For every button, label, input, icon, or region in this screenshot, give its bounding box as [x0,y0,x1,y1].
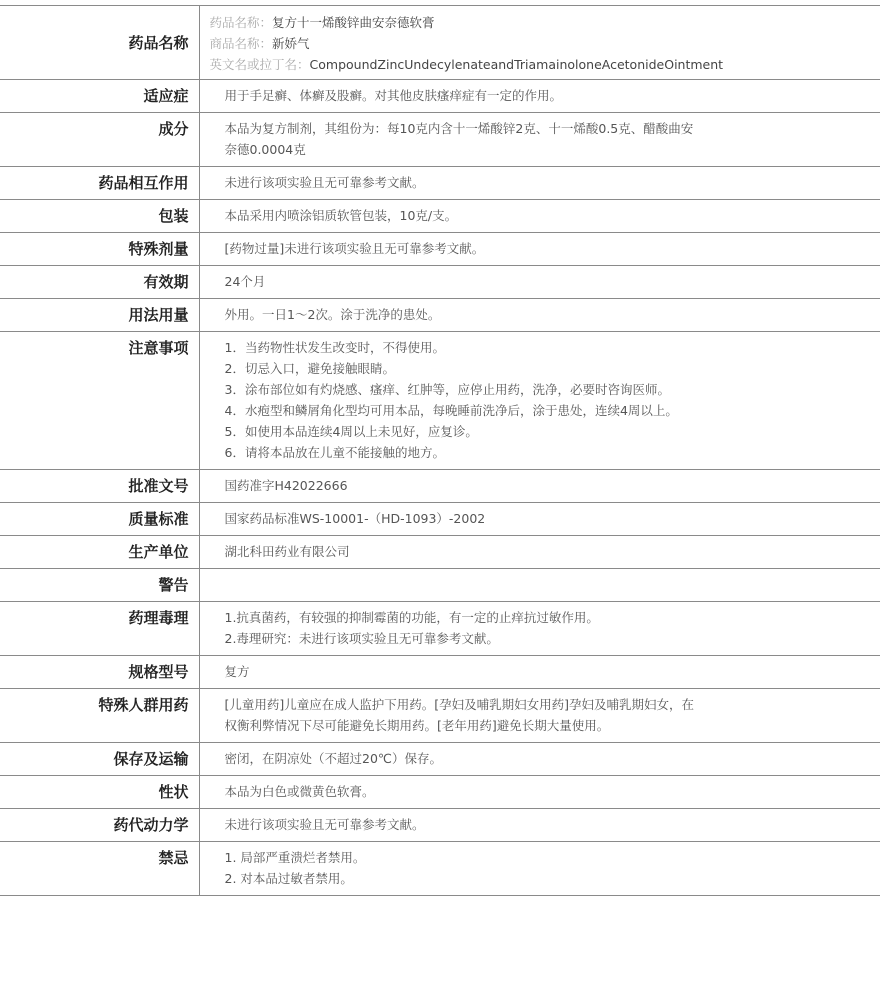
value-line: 密闭，在阴凉处（不超过20℃）保存。 [225,748,880,769]
value-line: 未进行该项实验且无可靠参考文献。 [225,814,880,835]
label-text: 保存及运输 [113,750,188,768]
label-text: 特殊剂量 [128,240,188,258]
value-line: 复方 [225,661,880,682]
row-value: 用于手足癣、体癣及股癣。对其他皮肤瘙痒症有一定的作用。 [199,80,880,113]
value-line: 1.抗真菌药，有较强的抑制霉菌的功能，有一定的止痒抗过敏作用。 [225,607,880,628]
label-text: 用法用量 [128,306,188,324]
row-pharmacology-toxicology: 药理毒理1.抗真菌药，有较强的抑制霉菌的功能，有一定的止痒抗过敏作用。2.毒理研… [0,602,880,656]
trade-name-value: 新娇气 [272,36,310,51]
value-line: 6．请将本品放在儿童不能接触的地方。 [225,442,880,463]
row-value: 1.抗真菌药，有较强的抑制霉菌的功能，有一定的止痒抗过敏作用。2.毒理研究：未进… [199,602,880,656]
row-label: 批准文号 [0,470,199,503]
row-value: 国药准字H42022666 [199,470,880,503]
value-line: 本品为白色或微黄色软膏。 [225,781,880,802]
label-text: 注意事项 [128,339,188,357]
row-label: 药品名称 [0,6,199,80]
value-line: 4．水疱型和鳞屑角化型均可用本品，每晚睡前洗净后，涂于患处，连续4周以上。 [225,400,880,421]
row-shelf-life: 有效期24个月 [0,266,880,299]
value-line: [儿童用药]儿童应在成人监护下用药。[孕妇及哺乳期妇女用药]孕妇及哺乳期妇女，在 [225,694,880,715]
row-label: 规格型号 [0,656,199,689]
value-line: 国家药品标准WS-10001-（HD-1093）-2002 [225,508,880,529]
row-label: 保存及运输 [0,743,199,776]
row-manufacturer: 生产单位湖北科田药业有限公司 [0,536,880,569]
label-text: 质量标准 [128,510,188,528]
value-line: 未进行该项实验且无可靠参考文献。 [225,172,880,193]
label-text: 警告 [158,576,188,594]
row-value: 1．当药物性状发生改变时，不得使用。2．切忌入口，避免接触眼睛。3．涂布部位如有… [199,332,880,470]
label-text: 有效期 [143,273,188,291]
value-line: 2. 对本品过敏者禁用。 [225,868,880,889]
row-packaging: 包装本品采用内喷涂铝质软管包装，10克/支。 [0,200,880,233]
row-value: 本品为白色或微黄色软膏。 [199,776,880,809]
label-text: 药代动力学 [113,816,188,834]
trade-name-line: 商品名称：新娇气 [210,33,880,54]
row-value: 湖北科田药业有限公司 [199,536,880,569]
row-label: 有效期 [0,266,199,299]
value-line: 1．当药物性状发生改变时，不得使用。 [225,337,880,358]
value-line: 24个月 [225,271,880,292]
row-label: 药品相互作用 [0,167,199,200]
value-line: 2．切忌入口，避免接触眼睛。 [225,358,880,379]
value-line: 湖北科田药业有限公司 [225,541,880,562]
row-value: 未进行该项实验且无可靠参考文献。 [199,809,880,842]
spec-rows: 适应症用于手足癣、体癣及股癣。对其他皮肤瘙痒症有一定的作用。成分本品为复方制剂，… [0,80,880,896]
label-text: 生产单位 [128,543,188,561]
row-value: 密闭，在阴凉处（不超过20℃）保存。 [199,743,880,776]
row-value: [儿童用药]儿童应在成人监护下用药。[孕妇及哺乳期妇女用药]孕妇及哺乳期妇女，在… [199,689,880,743]
row-value: 复方 [199,656,880,689]
row-appearance: 性状本品为白色或微黄色软膏。 [0,776,880,809]
row-label: 生产单位 [0,536,199,569]
label-text: 药品相互作用 [98,174,188,192]
value-line: 国药准字H42022666 [225,475,880,496]
english-name-value: CompoundZincUndecylenateandTriamainolone… [310,57,724,72]
row-specification: 规格型号复方 [0,656,880,689]
label-text: 成分 [158,120,188,138]
value-line: 3．涂布部位如有灼烧感、瘙痒、红肿等，应停止用药，洗净，必要时咨询医师。 [225,379,880,400]
row-indications: 适应症用于手足癣、体癣及股癣。对其他皮肤瘙痒症有一定的作用。 [0,80,880,113]
generic-name-value: 复方十一烯酸锌曲安奈德软膏 [272,15,435,30]
label-text: 适应症 [143,87,188,105]
row-value: 本品为复方制剂，其组份为：每10克内含十一烯酸锌2克、十一烯酸0.5克、醋酸曲安… [199,113,880,167]
row-ingredients: 成分本品为复方制剂，其组份为：每10克内含十一烯酸锌2克、十一烯酸0.5克、醋酸… [0,113,880,167]
row-label: 适应症 [0,80,199,113]
row-value: 外用。一日1～2次。涂于洗净的患处。 [199,299,880,332]
label-text: 药品名称 [128,34,188,52]
row-label: 药代动力学 [0,809,199,842]
generic-name-key: 药品名称： [210,15,273,30]
row-value: 24个月 [199,266,880,299]
row-label: 成分 [0,113,199,167]
label-text: 禁忌 [158,849,188,867]
row-pharmacokinetics: 药代动力学未进行该项实验且无可靠参考文献。 [0,809,880,842]
value-line: 奈德0.0004克 [225,139,880,160]
row-value: [药物过量]未进行该项实验且无可靠参考文献。 [199,233,880,266]
row-label: 特殊剂量 [0,233,199,266]
value-line: 本品为复方制剂，其组份为：每10克内含十一烯酸锌2克、十一烯酸0.5克、醋酸曲安 [225,118,880,139]
value-line: 本品采用内喷涂铝质软管包装，10克/支。 [225,205,880,226]
row-approval-number: 批准文号国药准字H42022666 [0,470,880,503]
row-label: 质量标准 [0,503,199,536]
english-name-line: 英文名或拉丁名：CompoundZincUndecylenateandTriam… [210,54,880,75]
row-label: 药理毒理 [0,602,199,656]
row-contraindications: 禁忌1. 局部严重溃烂者禁用。2. 对本品过敏者禁用。 [0,842,880,896]
row-value [199,569,880,602]
row-special-dosage: 特殊剂量[药物过量]未进行该项实验且无可靠参考文献。 [0,233,880,266]
label-text: 药理毒理 [128,609,188,627]
row-label: 注意事项 [0,332,199,470]
row-label: 禁忌 [0,842,199,896]
value-line: [药物过量]未进行该项实验且无可靠参考文献。 [225,238,880,259]
label-text: 性状 [158,783,188,801]
row-special-populations: 特殊人群用药[儿童用药]儿童应在成人监护下用药。[孕妇及哺乳期妇女用药]孕妇及哺… [0,689,880,743]
row-precautions: 注意事项1．当药物性状发生改变时，不得使用。2．切忌入口，避免接触眼睛。3．涂布… [0,332,880,470]
row-drug-name: 药品名称 药品名称：复方十一烯酸锌曲安奈德软膏 商品名称：新娇气 英文名或拉丁名… [0,6,880,80]
row-quality-standard: 质量标准国家药品标准WS-10001-（HD-1093）-2002 [0,503,880,536]
row-dosage: 用法用量外用。一日1～2次。涂于洗净的患处。 [0,299,880,332]
row-label: 用法用量 [0,299,199,332]
value-line: 1. 局部严重溃烂者禁用。 [225,847,880,868]
trade-name-key: 商品名称： [210,36,273,51]
row-label: 警告 [0,569,199,602]
value-line: 用于手足癣、体癣及股癣。对其他皮肤瘙痒症有一定的作用。 [225,85,880,106]
drug-spec-table: 药品名称 药品名称：复方十一烯酸锌曲安奈德软膏 商品名称：新娇气 英文名或拉丁名… [0,5,880,896]
row-value: 未进行该项实验且无可靠参考文献。 [199,167,880,200]
value-line: 5．如使用本品连续4周以上未见好，应复诊。 [225,421,880,442]
row-storage: 保存及运输密闭，在阴凉处（不超过20℃）保存。 [0,743,880,776]
row-value: 药品名称：复方十一烯酸锌曲安奈德软膏 商品名称：新娇气 英文名或拉丁名：Comp… [199,6,880,80]
label-text: 特殊人群用药 [98,696,188,714]
row-interactions: 药品相互作用未进行该项实验且无可靠参考文献。 [0,167,880,200]
row-label: 性状 [0,776,199,809]
row-label: 包装 [0,200,199,233]
label-text: 批准文号 [128,477,188,495]
label-text: 规格型号 [128,663,188,681]
value-line: 外用。一日1～2次。涂于洗净的患处。 [225,304,880,325]
value-line: 权衡利弊情况下尽可能避免长期用药。[老年用药]避免长期大量使用。 [225,715,880,736]
row-warning: 警告 [0,569,880,602]
english-name-key: 英文名或拉丁名： [210,57,310,72]
value-line: 2.毒理研究：未进行该项实验且无可靠参考文献。 [225,628,880,649]
row-label: 特殊人群用药 [0,689,199,743]
row-value: 本品采用内喷涂铝质软管包装，10克/支。 [199,200,880,233]
row-value: 1. 局部严重溃烂者禁用。2. 对本品过敏者禁用。 [199,842,880,896]
label-text: 包装 [158,207,188,225]
generic-name-line: 药品名称：复方十一烯酸锌曲安奈德软膏 [210,12,880,33]
row-value: 国家药品标准WS-10001-（HD-1093）-2002 [199,503,880,536]
